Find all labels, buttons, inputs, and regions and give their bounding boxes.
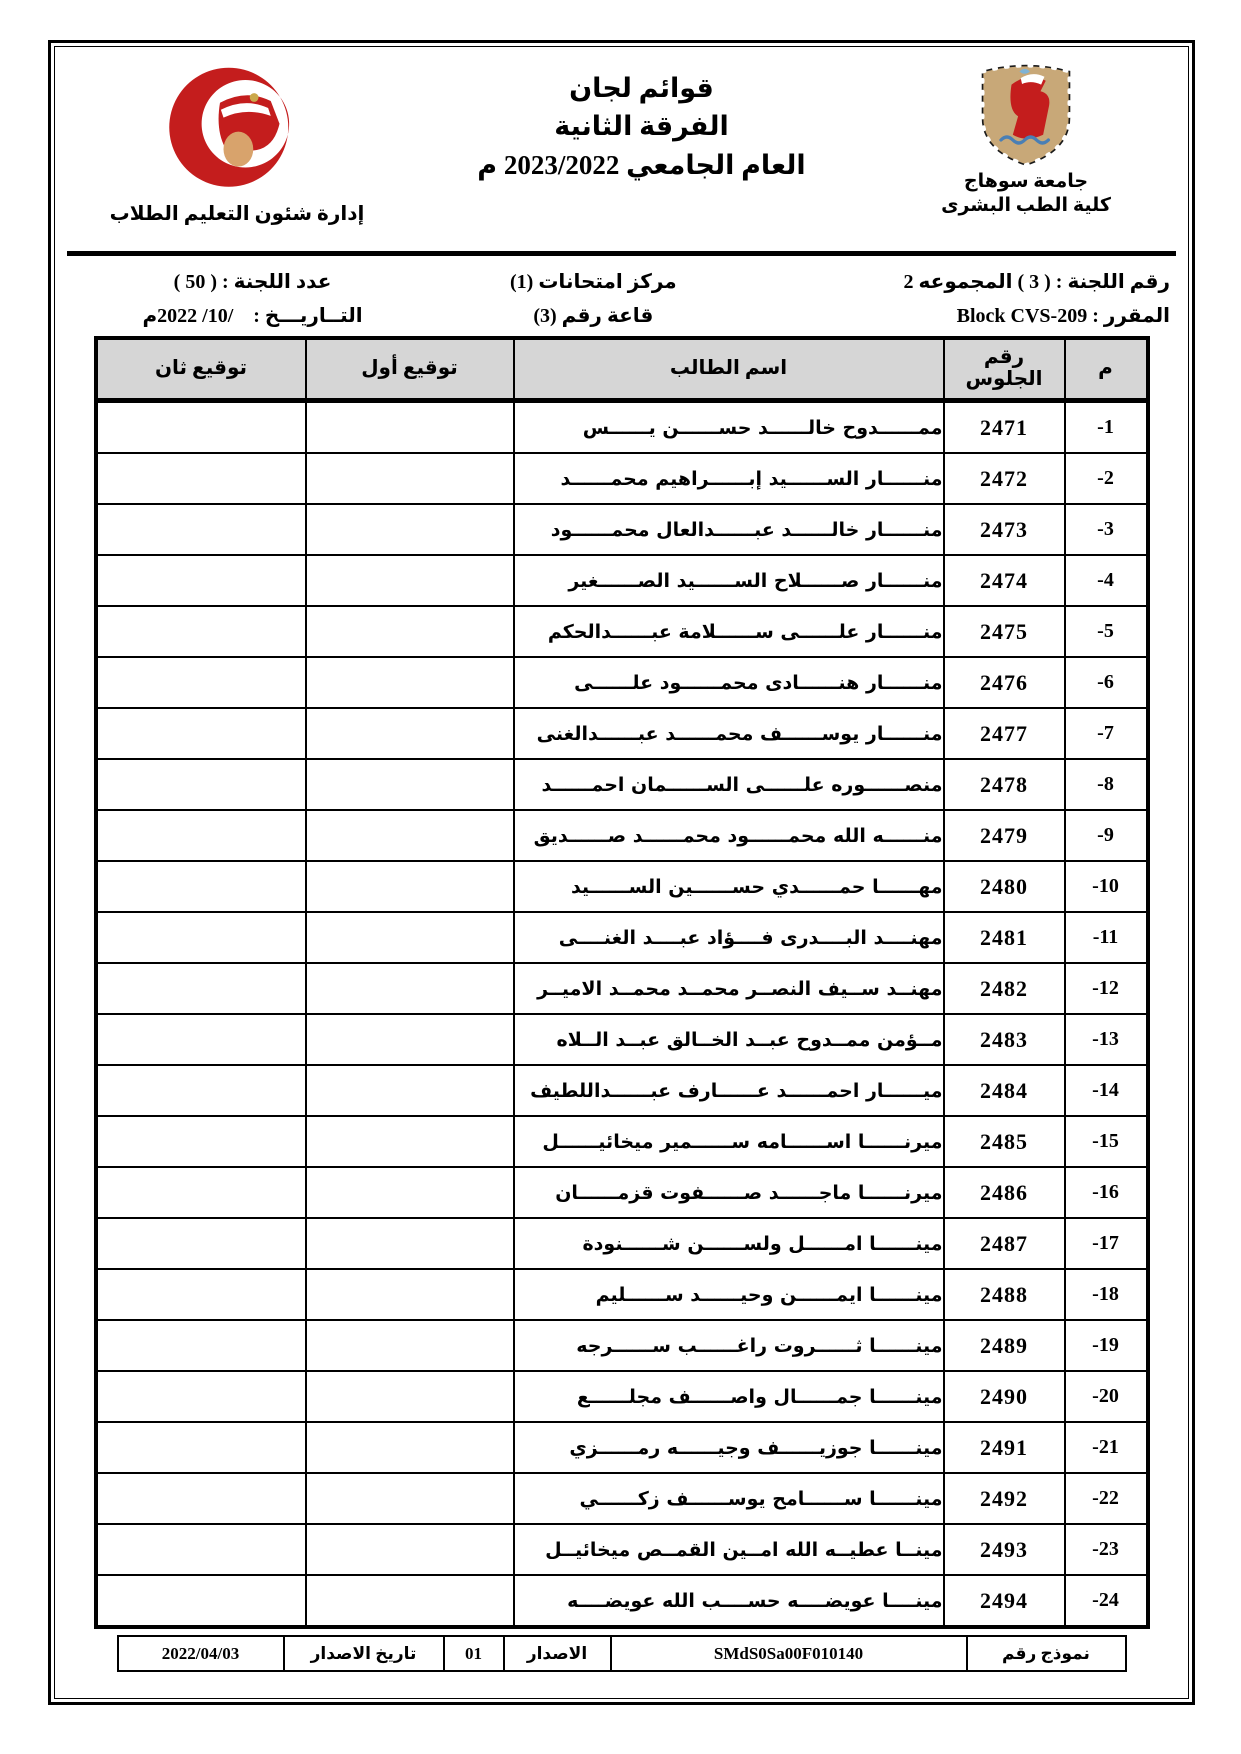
seat-number-cell: 2493 — [944, 1524, 1065, 1575]
student-name-cell: ميــــــار احمــــــد عــــــارف عبـــــ… — [514, 1065, 944, 1116]
form-footer-table: نموذج رقم SMdS0Sa00F010140 الاصدار 01 تا… — [117, 1635, 1127, 1672]
second-signature-cell — [96, 708, 306, 759]
student-name-cell: مينــــــا ثــــــروت راغــــــب ســــــ… — [514, 1320, 944, 1371]
second-signature-cell — [96, 1524, 306, 1575]
first-signature-cell — [306, 1269, 514, 1320]
first-signature-cell — [306, 1167, 514, 1218]
form-number-label: نموذج رقم — [967, 1636, 1126, 1671]
student-name-cell: منــــــار هنــــــادى محمــــــود علـــ… — [514, 657, 944, 708]
seat-number-cell: 2482 — [944, 963, 1065, 1014]
seat-number-cell: 2473 — [944, 504, 1065, 555]
first-signature-cell — [306, 1218, 514, 1269]
second-signature-cell — [96, 1065, 306, 1116]
document-header: جامعة سوهاج كلية الطب البشرى قوائم لجان … — [67, 53, 1176, 249]
student-row: -152485ميرنــــــا اســــــامه ســــــمي… — [96, 1116, 1148, 1167]
serial-cell: -17 — [1065, 1218, 1148, 1269]
first-signature-cell — [306, 708, 514, 759]
first-signature-cell — [306, 453, 514, 504]
hall-number: قاعة رقم (3) — [438, 303, 749, 328]
serial-cell: -6 — [1065, 657, 1148, 708]
student-row: -82478منصــــــوره علــــــى الســــــما… — [96, 759, 1148, 810]
student-name-cell: مينــــا عويضــــه حســــب الله عويضــــ… — [514, 1575, 944, 1627]
student-name-cell: منــــــار خالــــــد عبــــــدالعال محم… — [514, 504, 944, 555]
student-name-cell: ممــــــدوح خالــــــد حســــــن يــــــ… — [514, 401, 944, 454]
second-signature-cell — [96, 1320, 306, 1371]
seat-number-cell: 2478 — [944, 759, 1065, 810]
course-name: المقرر : Block CVS-209 — [749, 303, 1176, 328]
serial-cell: -23 — [1065, 1524, 1148, 1575]
second-signature-cell — [96, 453, 306, 504]
serial-cell: -3 — [1065, 504, 1148, 555]
serial-cell: -14 — [1065, 1065, 1148, 1116]
seat-number-cell: 2488 — [944, 1269, 1065, 1320]
seat-number-cell: 2476 — [944, 657, 1065, 708]
student-row: -62476منــــــار هنــــــادى محمــــــود… — [96, 657, 1148, 708]
student-row: -102480مهــــــا حمــــــدي حســــــين ا… — [96, 861, 1148, 912]
serial-cell: -22 — [1065, 1473, 1148, 1524]
second-signature-cell — [96, 657, 306, 708]
title-academic-year: العام الجامعي 2023/2022 م — [407, 146, 876, 184]
student-row: -12471ممــــــدوح خالــــــد حســــــن ي… — [96, 401, 1148, 454]
committee-number: رقم اللجنة : ( 3 ) المجموعه 2 — [749, 269, 1176, 294]
exam-center: مركز امتحانات (1) — [438, 269, 749, 294]
seat-number-cell: 2479 — [944, 810, 1065, 861]
footer-row: نموذج رقم SMdS0Sa00F010140 الاصدار 01 تا… — [118, 1636, 1126, 1671]
student-name-cell: منــــــار الســــــيد إبــــــراهيم محم… — [514, 453, 944, 504]
admin-department-name: إدارة شئون التعليم الطلاب — [67, 201, 407, 226]
seat-number-cell: 2474 — [944, 555, 1065, 606]
first-signature-cell — [306, 963, 514, 1014]
student-row: -242494مينــــا عويضــــه حســــب الله ع… — [96, 1575, 1148, 1627]
student-name-cell: مينــــــا ســــــامح يوســــــف زكـــــ… — [514, 1473, 944, 1524]
seat-number-cell: 2480 — [944, 861, 1065, 912]
second-signature-cell — [96, 861, 306, 912]
serial-cell: -5 — [1065, 606, 1148, 657]
title-grade: الفرقة الثانية — [407, 107, 876, 145]
seat-number-cell: 2491 — [944, 1422, 1065, 1473]
first-signature-cell — [306, 1422, 514, 1473]
second-signature-cell — [96, 1218, 306, 1269]
issue-date-label: تاريخ الاصدار — [284, 1636, 444, 1671]
student-name-cell: مينــــــا جمــــــال واصــــــف مجلــــ… — [514, 1371, 944, 1422]
student-name-cell: مينــــــا ايمــــــن وحيــــــد ســــــ… — [514, 1269, 944, 1320]
university-shield-logo — [967, 57, 1085, 169]
seat-number-cell: 2487 — [944, 1218, 1065, 1269]
pharaoh-face — [223, 132, 253, 167]
student-name-cell: منــــــه الله محمــــــود محمــــــد صـ… — [514, 810, 944, 861]
first-signature-cell — [306, 810, 514, 861]
first-signature-cell — [306, 606, 514, 657]
student-name-cell: منــــــار صــــــلاح الســــــيد الصـــ… — [514, 555, 944, 606]
first-signature-cell — [306, 912, 514, 963]
first-signature-cell — [306, 1524, 514, 1575]
issue-date: 2022/04/03 — [118, 1636, 284, 1671]
serial-cell: -12 — [1065, 963, 1148, 1014]
serial-cell: -19 — [1065, 1320, 1148, 1371]
serial-cell: -9 — [1065, 810, 1148, 861]
issue-number: 01 — [444, 1636, 504, 1671]
student-row: -72477منــــــار يوســــــف محمــــــد ع… — [96, 708, 1148, 759]
second-signature-cell — [96, 1422, 306, 1473]
student-row: -232493مينــا عطيــه الله امــين القمــص… — [96, 1524, 1148, 1575]
student-name-cell: منــــــار علــــــى ســــــلامة عبـــــ… — [514, 606, 944, 657]
header-separator-rule — [67, 251, 1176, 256]
header-serial: م — [1065, 338, 1148, 401]
seat-number-cell: 2471 — [944, 401, 1065, 454]
student-row: -52475منــــــار علــــــى ســــــلامة ع… — [96, 606, 1148, 657]
exam-committee-document: { "page": { "header": { "university_logo… — [0, 0, 1241, 1754]
faculty-crescent-logo: جامعة سوهاج كلية الطب — [135, 59, 340, 199]
serial-cell: -20 — [1065, 1371, 1148, 1422]
serial-cell: -16 — [1065, 1167, 1148, 1218]
seat-number-cell: 2489 — [944, 1320, 1065, 1371]
issue-label: الاصدار — [504, 1636, 611, 1671]
seat-number-cell: 2485 — [944, 1116, 1065, 1167]
info-row-2: المقرر : Block CVS-209 قاعة رقم (3) التـ… — [67, 298, 1176, 332]
serial-cell: -8 — [1065, 759, 1148, 810]
first-signature-cell — [306, 555, 514, 606]
serial-cell: -7 — [1065, 708, 1148, 759]
university-name: جامعة سوهاج — [876, 170, 1176, 193]
first-signature-cell — [306, 1116, 514, 1167]
serial-cell: -1 — [1065, 401, 1148, 454]
committee-count: عدد اللجنة : ( 50 ) — [67, 269, 438, 294]
uraeus-cobra — [249, 93, 258, 102]
first-signature-cell — [306, 1575, 514, 1627]
student-row: -142484ميــــــار احمــــــد عــــــارف … — [96, 1065, 1148, 1116]
page-content: جامعة سوهاج كلية الطب البشرى قوائم لجان … — [54, 46, 1189, 1699]
student-table-body: -12471ممــــــدوح خالــــــد حســــــن ي… — [96, 401, 1148, 1628]
serial-cell: -18 — [1065, 1269, 1148, 1320]
second-signature-cell — [96, 1014, 306, 1065]
student-row: -202490مينــــــا جمــــــال واصــــــف … — [96, 1371, 1148, 1422]
first-signature-cell — [306, 759, 514, 810]
faculty-name: كلية الطب البشرى — [876, 194, 1176, 217]
serial-cell: -24 — [1065, 1575, 1148, 1627]
student-row: -222492مينــــــا ســــــامح يوســــــف … — [96, 1473, 1148, 1524]
second-signature-cell — [96, 401, 306, 454]
students-table: م رقم الجلوس اسم الطالب توقيع أول توقيع … — [94, 336, 1150, 1629]
crescent-text-top: جامعة سوهاج — [135, 93, 172, 161]
header-first-signature: توقيع أول — [306, 338, 514, 401]
student-row: -172487مينــــــا امــــــل ولســــــن ش… — [96, 1218, 1148, 1269]
student-name-cell: منــــــار يوســــــف محمــــــد عبـــــ… — [514, 708, 944, 759]
header-student-name: اسم الطالب — [514, 338, 944, 401]
first-signature-cell — [306, 861, 514, 912]
second-signature-cell — [96, 1575, 306, 1627]
serial-cell: -11 — [1065, 912, 1148, 963]
serial-cell: -4 — [1065, 555, 1148, 606]
first-signature-cell — [306, 1473, 514, 1524]
second-signature-cell — [96, 1473, 306, 1524]
form-code: SMdS0Sa00F010140 — [611, 1636, 967, 1671]
seat-number-cell: 2483 — [944, 1014, 1065, 1065]
student-name-cell: مهنــــد البــــدرى فــــؤاد عبــــد الغ… — [514, 912, 944, 963]
first-signature-cell — [306, 657, 514, 708]
student-name-cell: مــؤمن ممــدوح عبــد الخــالق عبــد الــ… — [514, 1014, 944, 1065]
seat-number-cell: 2486 — [944, 1167, 1065, 1218]
seat-number-cell: 2475 — [944, 606, 1065, 657]
table-header-row: م رقم الجلوس اسم الطالب توقيع أول توقيع … — [96, 338, 1148, 401]
seat-number-cell: 2490 — [944, 1371, 1065, 1422]
page-border-frame: جامعة سوهاج كلية الطب البشرى قوائم لجان … — [48, 40, 1195, 1705]
second-signature-cell — [96, 1269, 306, 1320]
serial-cell: -15 — [1065, 1116, 1148, 1167]
student-row: -162486ميرنــــــا ماجــــــد صــــــفوت… — [96, 1167, 1148, 1218]
student-name-cell: مينــــــا امــــــل ولســــــن شــــــن… — [514, 1218, 944, 1269]
second-signature-cell — [96, 555, 306, 606]
serial-cell: -10 — [1065, 861, 1148, 912]
first-signature-cell — [306, 401, 514, 454]
crescent-text-bottom: كلية الطب — [135, 175, 199, 199]
serial-cell: -13 — [1065, 1014, 1148, 1065]
admin-logo-block: جامعة سوهاج كلية الطب إدارة شئون التعليم… — [67, 53, 407, 226]
exam-date: التــاريـــخ : /10/ 2022م — [67, 303, 438, 328]
serial-cell: -2 — [1065, 453, 1148, 504]
second-signature-cell — [96, 912, 306, 963]
seat-number-cell: 2484 — [944, 1065, 1065, 1116]
second-signature-cell — [96, 1371, 306, 1422]
second-signature-cell — [96, 606, 306, 657]
student-name-cell: منصــــــوره علــــــى الســــــمان احمـ… — [514, 759, 944, 810]
seat-number-cell: 2472 — [944, 453, 1065, 504]
seat-number-cell: 2477 — [944, 708, 1065, 759]
second-signature-cell — [96, 504, 306, 555]
header-seat-number: رقم الجلوس — [944, 338, 1065, 401]
student-row: -32473منــــــار خالــــــد عبــــــدالع… — [96, 504, 1148, 555]
title-committee-lists: قوائم لجان — [407, 69, 876, 107]
student-row: -192489مينــــــا ثــــــروت راغــــــب … — [96, 1320, 1148, 1371]
second-signature-cell — [96, 759, 306, 810]
student-name-cell: ميرنــــــا ماجــــــد صــــــفوت قزمـــ… — [514, 1167, 944, 1218]
student-name-cell: مهنــد ســيف النصــر محمــد محمــد الامي… — [514, 963, 944, 1014]
header-second-signature: توقيع ثان — [96, 338, 306, 401]
second-signature-cell — [96, 810, 306, 861]
student-name-cell: ميرنــــــا اســــــامه ســــــمير ميخائ… — [514, 1116, 944, 1167]
university-logo-block: جامعة سوهاج كلية الطب البشرى — [876, 53, 1176, 217]
first-signature-cell — [306, 1320, 514, 1371]
seat-number-cell: 2492 — [944, 1473, 1065, 1524]
first-signature-cell — [306, 1065, 514, 1116]
seat-number-cell: 2481 — [944, 912, 1065, 963]
student-row: -22472منــــــار الســــــيد إبــــــراه… — [96, 453, 1148, 504]
student-row: -132483مــؤمن ممــدوح عبــد الخــالق عبـ… — [96, 1014, 1148, 1065]
document-titles: قوائم لجان الفرقة الثانية العام الجامعي … — [407, 53, 876, 184]
student-row: -182488مينــــــا ايمــــــن وحيــــــد … — [96, 1269, 1148, 1320]
info-row-1: رقم اللجنة : ( 3 ) المجموعه 2 مركز امتحا… — [67, 264, 1176, 298]
student-row: -122482مهنــد ســيف النصــر محمــد محمــ… — [96, 963, 1148, 1014]
student-row: -112481مهنــــد البــــدرى فــــؤاد عبــ… — [96, 912, 1148, 963]
seat-number-cell: 2494 — [944, 1575, 1065, 1627]
student-name-cell: مينــــــا جوزيــــــف وجيــــــه رمــــ… — [514, 1422, 944, 1473]
second-signature-cell — [96, 963, 306, 1014]
first-signature-cell — [306, 504, 514, 555]
first-signature-cell — [306, 1014, 514, 1065]
serial-cell: -21 — [1065, 1422, 1148, 1473]
student-row: -42474منــــــار صــــــلاح الســــــيد … — [96, 555, 1148, 606]
student-row: -92479منــــــه الله محمــــــود محمــــ… — [96, 810, 1148, 861]
second-signature-cell — [96, 1116, 306, 1167]
student-name-cell: مهــــــا حمــــــدي حســــــين الســـــ… — [514, 861, 944, 912]
second-signature-cell — [96, 1167, 306, 1218]
student-name-cell: مينــا عطيــه الله امــين القمــص ميخائي… — [514, 1524, 944, 1575]
first-signature-cell — [306, 1371, 514, 1422]
student-row: -212491مينــــــا جوزيــــــف وجيــــــه… — [96, 1422, 1148, 1473]
